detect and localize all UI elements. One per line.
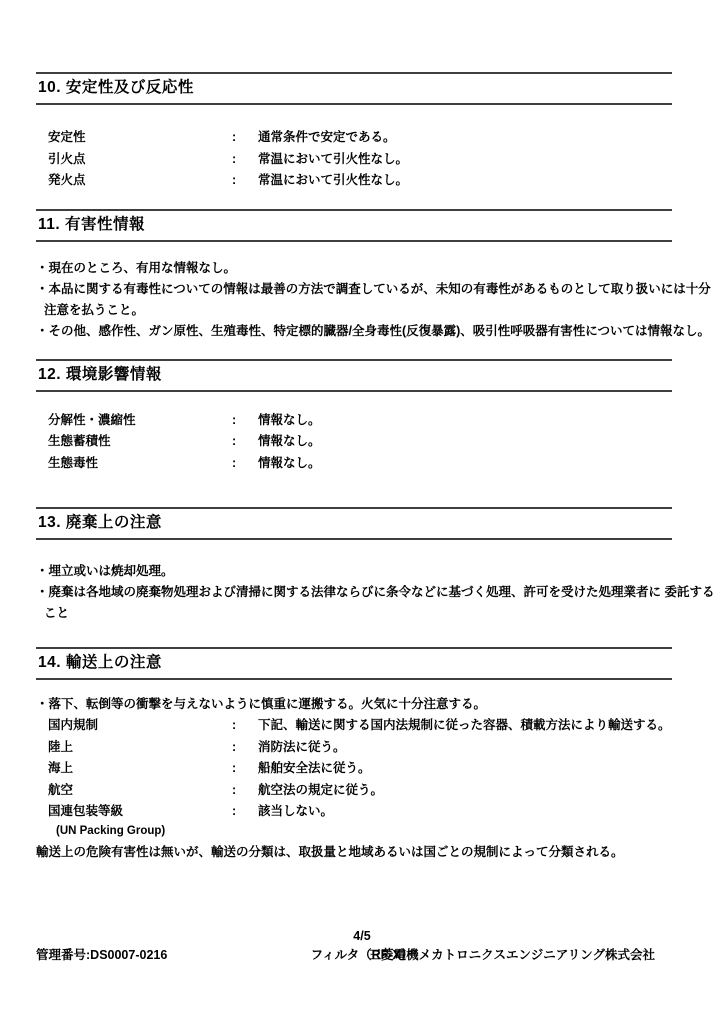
property-value: 情報なし。 — [258, 410, 724, 432]
property-label: 生態毒性 — [48, 453, 232, 475]
colon-separator: : — [232, 127, 258, 149]
section-11-title: 11. 有害性情報 — [38, 215, 672, 235]
property-label: 海上 — [48, 758, 232, 780]
property-label: 発火点 — [48, 170, 232, 192]
section-10-title: 10. 安定性及び反応性 — [38, 78, 672, 98]
section-10-rows: 安定性 : 通常条件で安定である。 引火点 : 常温において引火性なし。 発火点… — [48, 127, 724, 192]
property-value: 通常条件で安定である。 — [258, 127, 724, 149]
property-label: 分解性・濃縮性 — [48, 410, 232, 432]
colon-separator: : — [232, 170, 258, 192]
section-14-header: 14. 輸送上の注意 — [36, 647, 672, 680]
section-12-rows: 分解性・濃縮性 : 情報なし。 生態蓄積性 : 情報なし。 生態毒性 : 情報な… — [48, 410, 724, 475]
property-label: 航空 — [48, 780, 232, 802]
bullet-paragraph: ・落下、転倒等の衝撃を与えないように慎重に運搬する。火気に十分注意する。 — [36, 694, 718, 715]
property-row: 海上 : 船舶安全法に従う。 — [48, 758, 724, 780]
property-value: 情報なし。 — [258, 431, 724, 453]
colon-separator: : — [232, 410, 258, 432]
property-label: 生態蓄積性 — [48, 431, 232, 453]
property-row: 分解性・濃縮性 : 情報なし。 — [48, 410, 724, 432]
section-13-header: 13. 廃棄上の注意 — [36, 507, 672, 540]
property-label: 陸上 — [48, 737, 232, 759]
section-14-intro: ・落下、転倒等の衝撃を与えないように慎重に運搬する。火気に十分注意する。 — [36, 694, 718, 715]
property-row: 安定性 : 通常条件で安定である。 — [48, 127, 724, 149]
property-row: 陸上 : 消防法に従う。 — [48, 737, 724, 759]
colon-separator: : — [232, 758, 258, 780]
un-packing-group-note: (UN Packing Group) — [56, 823, 724, 840]
section-12-header: 12. 環境影響情報 — [36, 359, 672, 392]
property-row: 引火点 : 常温において引火性なし。 — [48, 149, 724, 171]
page-content: 10. 安定性及び反応性 安定性 : 通常条件で安定である。 引火点 : 常温に… — [0, 0, 724, 863]
property-row: 国連包装等級 : 該当しない。 — [48, 801, 724, 823]
property-label: 引火点 — [48, 149, 232, 171]
property-value: 常温において引火性なし。 — [258, 149, 724, 171]
property-value: 該当しない。 — [258, 801, 724, 823]
colon-separator: : — [232, 715, 258, 737]
section-11-header: 11. 有害性情報 — [36, 209, 672, 242]
colon-separator: : — [232, 780, 258, 802]
property-label: 安定性 — [48, 127, 232, 149]
property-row: 生態毒性 : 情報なし。 — [48, 453, 724, 475]
colon-separator: : — [232, 737, 258, 759]
footer-company-name: 三菱電機メカトロニクスエンジニアリング株式会社 — [369, 947, 655, 963]
colon-separator: : — [232, 431, 258, 453]
section-11-body: ・現在のところ、有用な情報なし。 ・本品に関する有毒性についての情報は最善の方法… — [36, 258, 718, 342]
property-label: 国内規制 — [48, 715, 232, 737]
bullet-paragraph: ・廃棄は各地域の廃棄物処理および清掃に関する法律ならびに条令などに基づく処理、許… — [36, 582, 718, 624]
section-13-body: ・埋立或いは焼却処理。 ・廃棄は各地域の廃棄物処理および清掃に関する法律ならびに… — [36, 561, 718, 624]
section-14-title: 14. 輸送上の注意 — [38, 653, 672, 673]
property-row: 航空 : 航空法の規定に従う。 — [48, 780, 724, 802]
property-label: 国連包装等級 — [48, 801, 232, 823]
property-value: 航空法の規定に従う。 — [258, 780, 724, 802]
property-row: 国内規制 : 下記、輸送に関する国内法規制に従った容器、積載方法により輸送する。 — [48, 715, 724, 737]
bullet-paragraph: ・本品に関する有毒性についての情報は最善の方法で調査しているが、未知の有毒性があ… — [36, 279, 718, 321]
property-value: 消防法に従う。 — [258, 737, 724, 759]
section-10-header: 10. 安定性及び反応性 — [36, 72, 672, 105]
page-number: 4/5 — [0, 928, 724, 944]
section-12-title: 12. 環境影響情報 — [38, 365, 672, 385]
property-row: 発火点 : 常温において引火性なし。 — [48, 170, 724, 192]
colon-separator: : — [232, 453, 258, 475]
sds-document-page: 10. 安定性及び反応性 安定性 : 通常条件で安定である。 引火点 : 常温に… — [0, 0, 724, 1024]
bullet-paragraph: ・埋立或いは焼却処理。 — [36, 561, 718, 582]
bullet-paragraph: ・現在のところ、有用な情報なし。 — [36, 258, 718, 279]
section-14-closing-paragraph: 輸送上の危険有害性は無いが、輸送の分類は、取扱量と地域あるいは国ごとの規制によっ… — [36, 842, 718, 863]
colon-separator: : — [232, 801, 258, 823]
property-value: 下記、輸送に関する国内法規制に従った容器、積載方法により輸送する。 — [258, 715, 724, 737]
property-row: 生態蓄積性 : 情報なし。 — [48, 431, 724, 453]
bullet-paragraph: ・その他、感作性、ガン原性、生殖毒性、特定標的臓器/全身毒性(反復暴露)、吸引性… — [36, 321, 718, 342]
colon-separator: : — [232, 149, 258, 171]
section-14-rows: 国内規制 : 下記、輸送に関する国内法規制に従った容器、積載方法により輸送する。… — [48, 715, 724, 840]
section-14-body: ・落下、転倒等の衝撃を与えないように慎重に運搬する。火気に十分注意する。 国内規… — [36, 694, 724, 863]
property-value: 常温において引火性なし。 — [258, 170, 724, 192]
property-value: 情報なし。 — [258, 453, 724, 475]
property-value: 船舶安全法に従う。 — [258, 758, 724, 780]
page-footer: 管理番号:DS0007-0216 フィルタ（RF-X） 三菱電機メカトロニクスエ… — [0, 947, 724, 967]
section-13-title: 13. 廃棄上の注意 — [38, 513, 672, 533]
